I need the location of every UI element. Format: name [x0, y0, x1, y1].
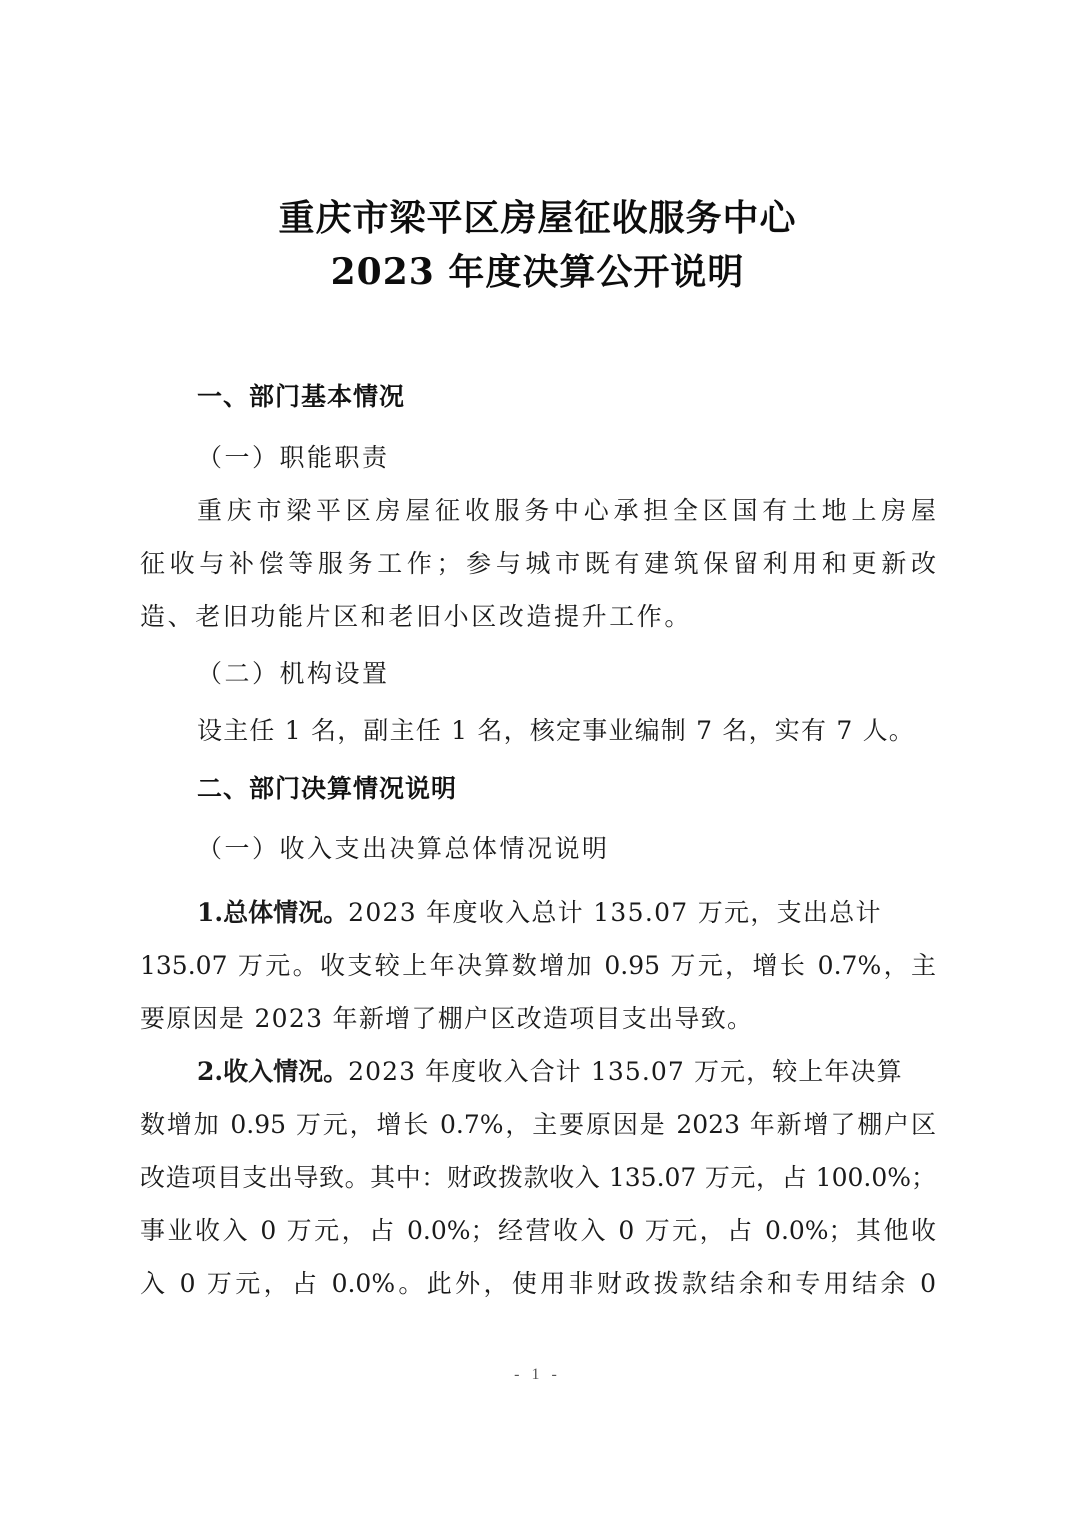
- paragraph-line: 入 0 万元，占 0.0%。此外，使用非财政拨款结余和专用结余 0: [140, 1267, 936, 1301]
- paragraph-line: 要原因是 2023 年新增了棚户区改造项目支出导致。: [140, 1002, 940, 1036]
- document-title-line-1: 重庆市梁平区房屋征收服务中心: [0, 196, 1075, 240]
- paragraph-line: 造、老旧功能片区和老旧小区改造提升工作。: [140, 600, 940, 634]
- subsection-heading-organization: （二）机构设置: [197, 657, 997, 691]
- paragraph-line: 135.07 万元。收支较上年决算数增加 0.95 万元，增长 0.7%，主: [140, 949, 936, 983]
- paragraph-label-overall: 1.总体情况。: [197, 898, 348, 927]
- paragraph-line: 数增加 0.95 万元，增长 0.7%，主要原因是 2023 年新增了棚户区: [140, 1108, 936, 1142]
- paragraph-line: 重庆市梁平区房屋征收服务中心承担全区国有土地上房屋: [197, 494, 936, 528]
- section-heading-basic-info: 一、部门基本情况: [197, 380, 997, 414]
- paragraph-overall: 1.总体情况。2023 年度收入总计 135.07 万元，支出总计: [197, 896, 997, 930]
- paragraph-line: 设主任 1 名，副主任 1 名，核定事业编制 7 名，实有 7 人。: [197, 714, 997, 748]
- paragraph-line: 事业收入 0 万元，占 0.0%；经营收入 0 万元，占 0.0%；其他收: [140, 1214, 936, 1248]
- page-number: - 1 -: [0, 1366, 1075, 1384]
- paragraph-line: 征收与补偿等服务工作；参与城市既有建筑保留利用和更新改: [140, 547, 936, 581]
- document-page: 重庆市梁平区房屋征收服务中心 2023 年度决算公开说明 一、部门基本情况 （一…: [0, 0, 1075, 1520]
- section-heading-final-accounts: 二、部门决算情况说明: [197, 772, 997, 806]
- paragraph-text: 2023 年度收入总计 135.07 万元，支出总计: [348, 898, 882, 927]
- document-title-line-2: 2023 年度决算公开说明: [0, 250, 1075, 294]
- subsection-heading-revenue-expenditure: （一）收入支出决算总体情况说明: [197, 832, 997, 866]
- paragraph-text: 2023 年度收入合计 135.07 万元，较上年决算: [348, 1057, 903, 1086]
- paragraph-line: 改造项目支出导致。其中：财政拨款收入 135.07 万元，占 100.0%；: [140, 1161, 936, 1195]
- paragraph-label-income: 2.收入情况。: [197, 1057, 348, 1086]
- subsection-heading-duties: （一）职能职责: [197, 441, 997, 475]
- paragraph-income: 2.收入情况。2023 年度收入合计 135.07 万元，较上年决算: [197, 1055, 997, 1089]
